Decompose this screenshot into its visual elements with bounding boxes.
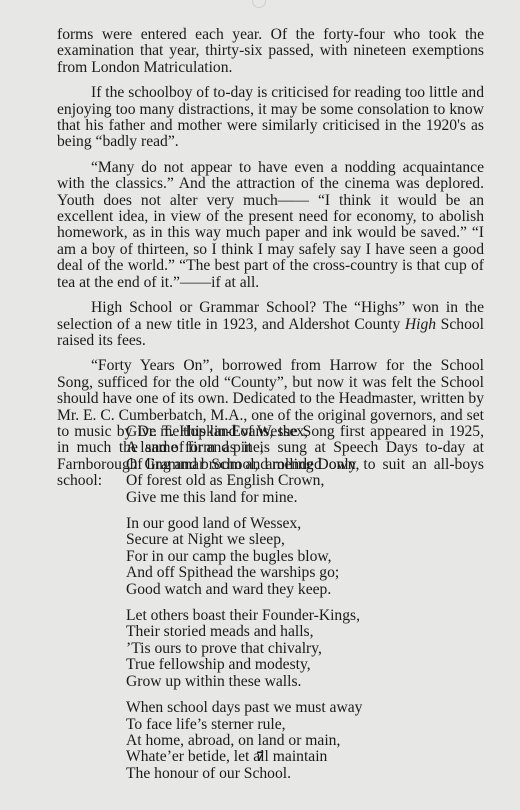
- punch-hole-mark: [252, 0, 266, 8]
- poem-line: Give me this land of Wessex,: [126, 424, 426, 440]
- poem-line: A land of fir and pine,: [126, 440, 426, 456]
- paragraph-high-school-italic: High: [405, 316, 436, 333]
- poem-stanza: When school days past we must away To fa…: [126, 700, 426, 782]
- poem-line: And off Spithead the warships go;: [126, 565, 426, 581]
- poem-line: True fellowship and modesty,: [126, 657, 426, 673]
- paragraph-badly-read: If the schoolboy of to-day is criticised…: [57, 85, 484, 151]
- paragraph-matriculation: forms were entered each year. Of the for…: [57, 27, 484, 76]
- poem-line: Let others boast their Founder-Kings,: [126, 608, 426, 624]
- poem-stanza: In our good land of Wessex, Secure at Ni…: [126, 516, 426, 598]
- paragraph-classics-quotes: “Many do not appear to have even a noddi…: [57, 160, 484, 291]
- poem-line: ’Tis ours to prove that chivalry,: [126, 641, 426, 657]
- school-song-poem: Give me this land of Wessex, A land of f…: [126, 424, 426, 792]
- poem-line: Give me this land for mine.: [126, 490, 426, 506]
- poem-line: Good watch and ward they keep.: [126, 582, 426, 598]
- poem-line: For in our camp the bugles blow,: [126, 549, 426, 565]
- poem-line: Secure at Night we sleep,: [126, 532, 426, 548]
- document-page: forms were entered each year. Of the for…: [0, 0, 520, 810]
- poem-line: The honour of our School.: [126, 766, 426, 782]
- poem-stanza: Give me this land of Wessex, A land of f…: [126, 424, 426, 506]
- paragraph-high-school: High School or Grammar School? The “High…: [57, 300, 484, 349]
- poem-line: In our good land of Wessex,: [126, 516, 426, 532]
- page-number: 7: [0, 749, 520, 766]
- poem-line: Of ling and broom and rolling Down,: [126, 457, 426, 473]
- poem-line: When school days past we must away: [126, 700, 426, 716]
- poem-line: At home, abroad, on land or main,: [126, 733, 426, 749]
- poem-line: Their storied meads and halls,: [126, 624, 426, 640]
- poem-line: To face life’s sterner rule,: [126, 717, 426, 733]
- poem-line: Grow up within these walls.: [126, 674, 426, 690]
- poem-line: Of forest old as English Crown,: [126, 473, 426, 489]
- poem-stanza: Let others boast their Founder-Kings, Th…: [126, 608, 426, 690]
